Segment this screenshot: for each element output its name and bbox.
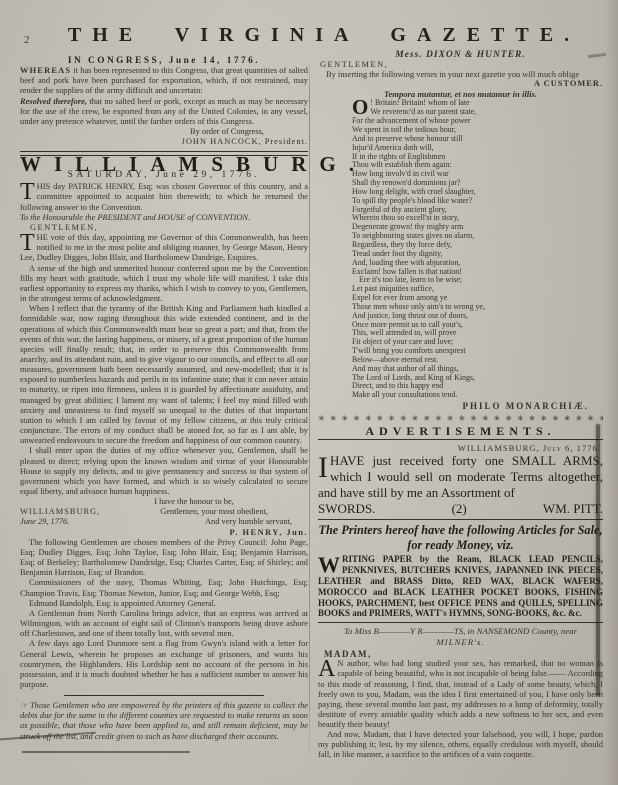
randolph-line: Edmund Randolph, Esq; is appointed Attor… xyxy=(20,599,308,609)
ad1-dropcap-I: I xyxy=(318,453,330,482)
signature-lines: Gentlemen, your most obedient, And very … xyxy=(100,507,308,537)
signature-block: WILLIAMSBURG, June 29, 1776. Gentlemen, … xyxy=(20,507,308,537)
small-arms-ad: IHAVE just received forty one SMALL ARMS… xyxy=(318,453,603,516)
column-divider-rule xyxy=(309,54,310,766)
williamsburg-heading: WILLIAMSBURG. xyxy=(20,159,308,169)
to-miss-line: To Miss B————Y R————TS, in NANSEMOND Cou… xyxy=(318,626,603,647)
congress-resolved: Resolved therefore, that no salted beef … xyxy=(20,97,308,127)
henry-letter-p1-text: HE vote of this day, appointing me Gover… xyxy=(20,233,308,262)
sig-line2: And very humble servant, xyxy=(100,517,308,527)
by-order-line: By order of Congress, xyxy=(20,127,308,137)
scan-artifact-underline xyxy=(22,751,190,753)
henry-letter-p1: THE vote of this day, appointing me Gove… xyxy=(20,233,308,263)
left-column: IN CONGRESS, June 14, 1776. WHEREAS it h… xyxy=(20,56,308,742)
henry-letter-p4: I shall enter upon the duties of my offi… xyxy=(20,446,308,497)
printers-debt-notice-text: Those Gentlemen who are empowered by the… xyxy=(20,701,308,740)
printers-letterhead: Mess. DIXON & HUNTER. xyxy=(318,50,603,60)
sig-line1: Gentlemen, your most obedient, xyxy=(100,507,308,517)
fleuron-border: ✳ ✳ ✳ ✳ ✳ ✳ ✳ ✳ ✳ ✳ ✳ ✳ ✳ ✳ ✳ ✳ ✳ ✳ ✳ ✳ … xyxy=(318,414,603,424)
right-column: Mess. DIXON & HUNTER. GENTLEMEN, By inse… xyxy=(318,50,603,760)
left-salutation: GENTLEMEN, xyxy=(30,223,308,233)
sig-name: P. HENRY, Jun. xyxy=(100,528,308,538)
small-arms-ad-text: HAVE just received forty one SMALL ARMS,… xyxy=(318,453,603,500)
articles-for-sale-paragraph: WRITING PAPER by the Ream, BLACK LEAD PE… xyxy=(318,554,603,619)
north-carolina-paragraph: A Gentleman from North Carolina brings a… xyxy=(20,609,308,639)
honour-line: I have the honour to be, xyxy=(20,497,308,507)
dropcap-T1: T xyxy=(20,182,37,202)
page-number: 2 xyxy=(24,34,30,46)
henry-chosen-text: HIS day PATRICK HENRY, Esq; was chosen G… xyxy=(20,182,308,211)
advertisements-heading: ADVERTISEMENTS. xyxy=(318,426,603,436)
ad3-dropcap-A: A xyxy=(318,659,337,679)
newspaper-page: 2 THE VIRGINIA GAZETTE. IN CONGRESS, Jun… xyxy=(0,0,618,785)
articles-for-sale-text: RITING PAPER by the Ream, BLACK LEAD PEN… xyxy=(318,554,603,618)
poem-signature: PHILO MONARCHIÆ. xyxy=(352,402,603,411)
coquette-letter-p1-text: N author, who had long studied your sex,… xyxy=(318,659,603,729)
poem-dropcap-O: O xyxy=(352,99,370,116)
coquette-letter-p1: AN author, who had long studied your sex… xyxy=(318,659,603,730)
right-salutation: GENTLEMEN, xyxy=(320,60,603,70)
to-miss-text: To Miss B————Y R————TS, in NANSEMOND Cou… xyxy=(344,626,577,636)
customer-signature: A CUSTOMER. xyxy=(318,79,603,89)
whereas-lead: WHEREAS xyxy=(20,66,71,75)
congress-whereas: WHEREAS it has been represented to this … xyxy=(20,66,308,96)
sig-date: June 29, 1776. xyxy=(20,517,100,527)
poem-line: Make all your consultations tend. xyxy=(352,391,603,400)
sig-place: WILLIAMSBURG, xyxy=(20,507,100,517)
printers-debt-notice: ☞ Those Gentlemen who are empowered by t… xyxy=(20,701,308,742)
dropcap-T2: T xyxy=(20,233,37,253)
poem-lines: We reverenc'd as our parent state,For th… xyxy=(352,108,603,400)
address-line: To the Honourable the PRESIDENT and HOUS… xyxy=(20,213,308,223)
ad1-number: (2) xyxy=(452,501,467,517)
henry-letter-p3: When I reflect that the tyranny of the B… xyxy=(20,304,308,446)
ads-rule xyxy=(318,439,603,440)
navy-commissioners-paragraph: Commissioners of the navy, Thomas Whitin… xyxy=(20,578,308,598)
masthead-title: THE VIRGINIA GAZETTE. xyxy=(40,24,608,47)
privy-council-paragraph: The following Gentlemen are chosen membe… xyxy=(20,538,308,579)
pitt-signature: WM. PITT. xyxy=(543,501,603,517)
signature-place-date: WILLIAMSBURG, June 29, 1776. xyxy=(20,507,100,537)
swords-word: SWORDS. xyxy=(318,501,375,517)
henry-chosen-paragraph: THIS day PATRICK HENRY, Esq; was chosen … xyxy=(20,182,308,212)
dunmore-paragraph: A few days ago Lord Dunmore sent a flag … xyxy=(20,639,308,690)
short-rule xyxy=(64,695,264,696)
madam-salutation: MADAM, xyxy=(324,649,603,659)
poem-first-line: ! Britain! Britain! whom of late xyxy=(370,98,469,107)
ad1-dateline: WILLIAMSBURG, July 6, 1776. xyxy=(318,443,601,453)
ad2-bottom-rule xyxy=(318,622,603,623)
ad1-bottom-rule xyxy=(318,519,603,520)
small-arms-ad-lastline: SWORDS. (2) WM. PITT. xyxy=(318,501,603,517)
henry-letter-p2: A sense of the high and unmerited honour… xyxy=(20,264,308,305)
poem: O! Britain! Britain! whom of late We rev… xyxy=(318,99,603,411)
resolved-lead: Resolved therefore, xyxy=(20,97,87,106)
printers-articles-heading: The Printers hereof have the following A… xyxy=(318,523,603,552)
milners-text: MILNER's. xyxy=(436,637,484,647)
ad2-dropcap-W: W xyxy=(318,554,342,574)
coquette-letter-p2: And now, Madam, that I have detected you… xyxy=(318,730,603,760)
pointing-hand-icon: ☞ xyxy=(20,701,28,710)
congress-dateline: IN CONGRESS, June 14, 1776. xyxy=(20,56,308,66)
hancock-signature: JOHN HANCOCK, President. xyxy=(20,137,308,147)
